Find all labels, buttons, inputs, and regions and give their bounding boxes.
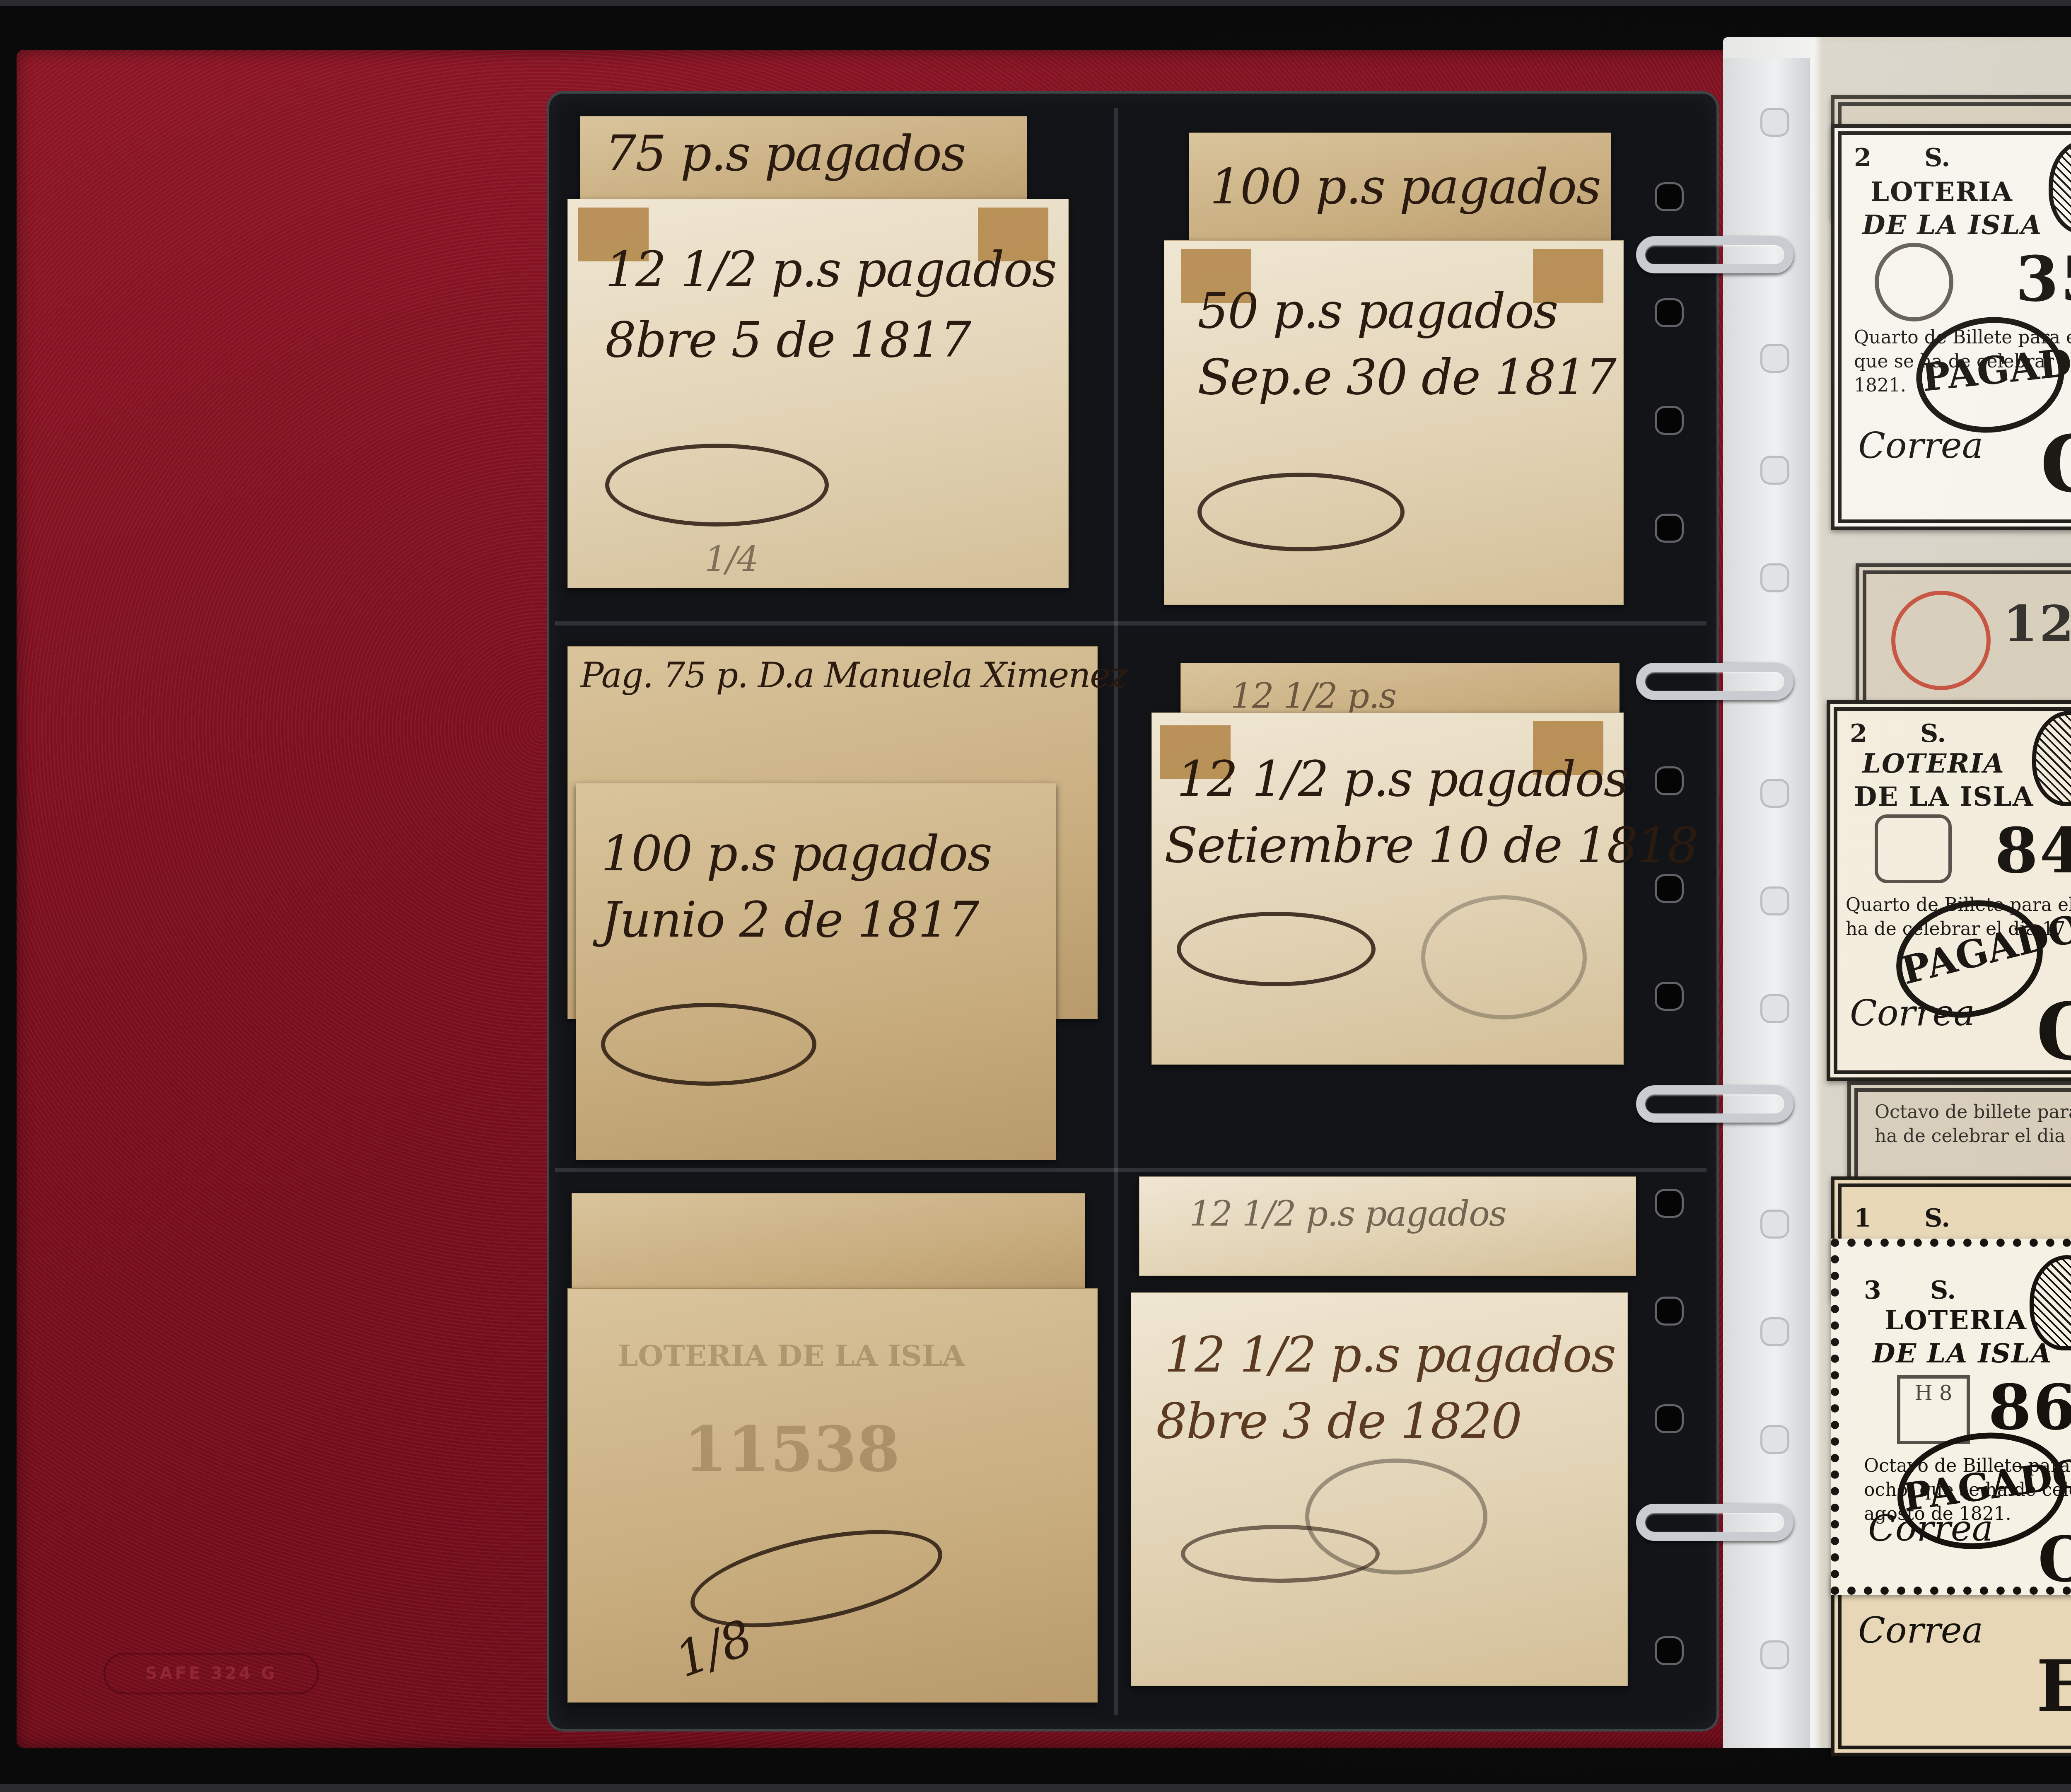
punch-hole (1655, 1297, 1684, 1326)
bleed-through-header: LOTERIA DE LA ISLA (618, 1338, 965, 1373)
royal-crest-icon (2049, 139, 2071, 234)
sleeve-divider-horizontal (555, 621, 1707, 626)
punch-hole (1655, 1636, 1684, 1665)
royal-crest-icon (2032, 711, 2071, 806)
receipt-card: 12 1/2 p.s pagados Setiembre 10 de 1818 (1151, 712, 1624, 1065)
red-control-stamp (1891, 591, 1991, 690)
handwritten-date: Sep.e 30 de 1817 (1197, 348, 1616, 406)
cover-emboss-logo: SAFE 324 G (104, 1653, 319, 1694)
lottery-ticket-partial: 12046 9 (1856, 563, 2071, 721)
ticket-header: DE LA ISLA (1862, 210, 2042, 241)
binder-ring (1636, 663, 1793, 700)
ticket-series-number: 1 (1854, 1204, 1871, 1233)
sleeve-divider-vertical (1114, 108, 1118, 1715)
handwritten-date: 8bre 5 de 1817 (605, 311, 970, 368)
binder-ring (1636, 236, 1793, 273)
receipt-back: 100 p.s pagados (1189, 133, 1611, 257)
punch-hole (1760, 1317, 1789, 1346)
ticket-header: LOTERIA (1871, 176, 2013, 208)
ticket-s-label: S. (1920, 719, 1946, 748)
punch-hole (1655, 298, 1684, 327)
punch-hole (1760, 1210, 1789, 1239)
receipt-back (572, 1193, 1085, 1301)
faint-oval-stamp (1421, 895, 1587, 1019)
lottery-ticket: 3 S. 78. LOTERIA NACIONAL DE LA ISLA DE … (1831, 1239, 2071, 1595)
ticket-series-number: 3 (1864, 1276, 1881, 1305)
punch-hole (1760, 456, 1789, 485)
binder-ring (1636, 1504, 1793, 1541)
handwritten-amount: 100 p.s pagados (601, 825, 992, 882)
punch-hole (1655, 982, 1684, 1011)
handwritten-amount: 75 p.s pagados (605, 125, 966, 182)
handwritten-amount: 12 1/2 p.s (1231, 676, 1396, 716)
punch-hole (1760, 108, 1789, 137)
receipt-card: 100 p.s pagados Junio 2 de 1817 (576, 783, 1056, 1160)
signature-flourish (1181, 1525, 1380, 1583)
signature-correa: Correa (1858, 425, 1983, 466)
handwritten-amount: 50 p.s pagados (1197, 282, 1558, 339)
punch-hole (1760, 344, 1789, 373)
lottery-ticket-partial: Vale quatro pesos. Correa E P P (1831, 1574, 2071, 1756)
punch-hole (1655, 766, 1684, 795)
punch-hole (1760, 1640, 1789, 1669)
ticket-header: DE LA ISLA (1854, 781, 2034, 812)
handwritten-amount: 12 1/2 p.s pagados (1177, 750, 1628, 807)
ticket-number: 843 (1995, 814, 2071, 887)
punch-hole (1655, 514, 1684, 543)
punch-hole (1760, 1425, 1789, 1454)
ticket-text: Octavo de billete para el sorteo ciento,… (1875, 1100, 2071, 1148)
ticket-s-label: S. (1924, 1204, 1950, 1233)
punch-hole (1760, 886, 1789, 915)
ticket-class-letter: E (2036, 1651, 2071, 1722)
punch-hole (1655, 1189, 1684, 1218)
punch-hole (1655, 406, 1684, 435)
handwritten-date: 8bre 3 de 1820 (1156, 1392, 1521, 1449)
handwritten-amount: 12 1/2 p.s pagados (605, 241, 1056, 298)
octagon-stamp (1875, 814, 1952, 883)
receipt-card: 50 p.s pagados Sep.e 30 de 1817 (1164, 240, 1624, 605)
signature-correa: Correa (1858, 1610, 1983, 1651)
image-border-top (0, 0, 2071, 6)
receipt-card: LOTERIA DE LA ISLA 11538 1/8 (567, 1288, 1098, 1703)
receipt-back: 12 1/2 p.s pagados (1139, 1176, 1636, 1276)
punch-hole (1760, 779, 1789, 808)
signature-flourish (1197, 473, 1405, 551)
signature-flourish (1177, 912, 1376, 986)
signature-flourish (601, 1003, 816, 1086)
handwritten-date: Junio 2 de 1817 (601, 891, 978, 948)
punch-hole (1655, 874, 1684, 903)
handwritten-date: Setiembre 10 de 1818 (1164, 816, 1698, 874)
ticket-number: 12046 (2003, 595, 2071, 653)
ticket-series-number: 2 (1854, 143, 1871, 172)
sleeve-divider-horizontal (555, 1168, 1707, 1172)
image-border-bottom (0, 1784, 2071, 1792)
handwritten-amount: 12 1/2 p.s pagados (1164, 1326, 1615, 1383)
binder-ring (1636, 1085, 1793, 1123)
receipt-card: 12 1/2 p.s pagados 8bre 5 de 1817 1/4 (567, 199, 1069, 588)
handwritten-amount: 100 p.s pagados (1210, 158, 1600, 215)
ticket-s-label: S. (1924, 143, 1950, 172)
punch-hole (1760, 994, 1789, 1023)
receipt-card: 12 1/2 p.s pagados 8bre 3 de 1820 (1131, 1292, 1628, 1686)
ticket-class-letter: Q (2040, 425, 2071, 504)
lottery-ticket: 2 S. 80. LOTERIA NACIONAL DE LA ISLA DE … (1827, 700, 2071, 1081)
box-stamp: H 8 (1897, 1375, 1970, 1444)
handwritten-mark: 1/4 (705, 539, 758, 580)
signature-flourish (605, 444, 829, 526)
ticket-number: 358 (2015, 243, 2071, 316)
handwritten-note: Pag. 75 p. D.a Manuela Ximenez (580, 655, 1127, 696)
lottery-ticket: 2 S. 79. LOTERIA NACIONAL DE LA ISLA DE … (1831, 124, 2071, 530)
bleed-through-number: 11538 (684, 1413, 900, 1486)
crown-stamp (1875, 243, 1953, 321)
ticket-s-label: S. (1930, 1276, 1956, 1305)
punch-hole (1655, 182, 1684, 211)
ticket-class-letter: O (2038, 1529, 2071, 1591)
punch-hole (1655, 1404, 1684, 1433)
punch-hole (1760, 563, 1789, 592)
ticket-class-letter: Q (2036, 993, 2071, 1071)
ticket-series-number: 2 (1850, 719, 1867, 748)
ticket-header: DE LA ISLA (1872, 1338, 2052, 1369)
handwritten-amount: 12 1/2 p.s pagados (1189, 1193, 1506, 1234)
ticket-header: LOTERIA (1885, 1305, 2027, 1336)
ticket-header: LOTERIA (1862, 748, 2005, 779)
